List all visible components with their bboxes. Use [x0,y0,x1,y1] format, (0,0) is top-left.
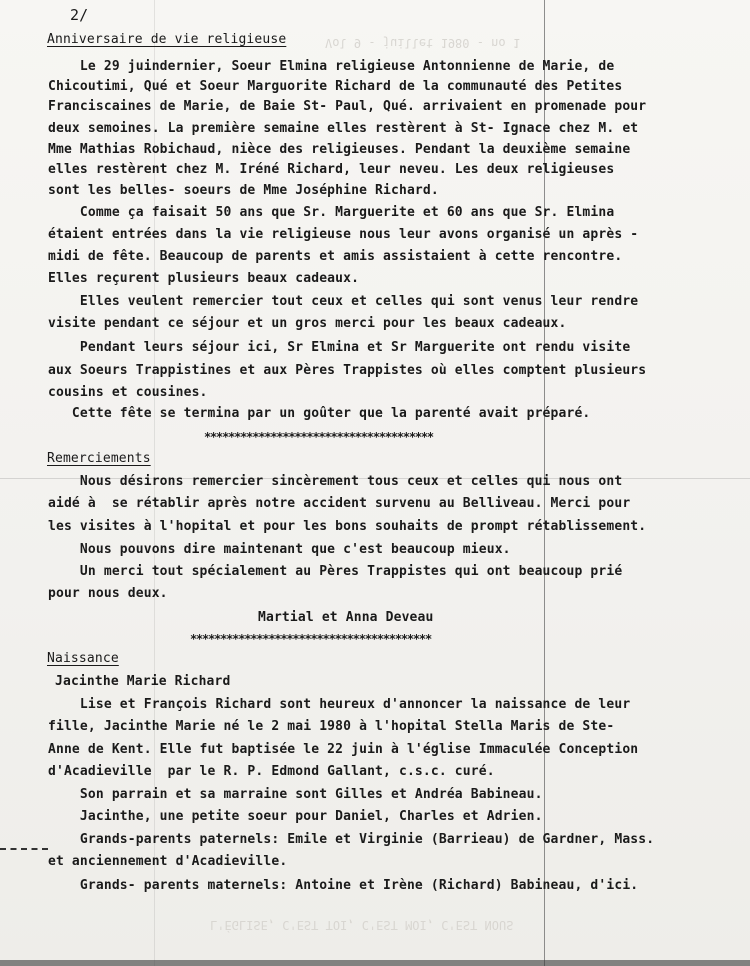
text-line: Elles reçurent plusieurs beaux cadeaux. [48,270,359,288]
section-heading-anniversaire: Anniversaire de vie religieuse [47,31,286,49]
separator-stars: ************************************** [204,428,433,446]
text-line: Nous pouvons dire maintenant que c'est b… [48,541,511,559]
signature: Martial et Anna Deveau [258,609,434,627]
text-line: et anciennement d'Acadieville. [48,853,287,871]
text-line: Un merci tout spécialement au Pères Trap… [48,563,622,581]
page-bottom-edge [0,960,750,966]
page-number: 2/ [70,6,88,24]
text-line: Jacinthe, une petite soeur pour Daniel, … [48,808,543,826]
separator-stars: **************************************** [190,630,431,648]
text-line: midi de fête. Beaucoup de parents et ami… [48,248,622,266]
text-line: elles restèrent chez M. Iréné Richard, l… [48,161,614,179]
text-line: deux semoines. La première semaine elles… [48,120,638,138]
text-line: Le 29 juindernier, Soeur Elmina religieu… [48,58,614,76]
text-line: Nous désirons remercier sincèrement tous… [48,473,622,491]
baby-name: Jacinthe Marie Richard [55,673,231,691]
text-line: visite pendant ce séjour et un gros merc… [48,315,566,333]
text-line: aidé à se rétablir après notre accident … [48,495,630,513]
text-line: Mme Mathias Robichaud, nièce des religie… [48,141,630,159]
text-line: pour nous deux. [48,585,168,603]
text-line: Grands-parents paternels: Emile et Virgi… [48,831,654,849]
text-line: Franciscaines de Marie, de Baie St- Paul… [48,98,646,116]
text-line: aux Soeurs Trappistines et aux Pères Tra… [48,362,646,380]
text-line: cousins et cousines. [48,384,208,402]
margin-dash-mark [0,848,48,850]
text-line: fille, Jacinthe Marie né le 2 mai 1980 à… [48,718,614,736]
text-line: étaient entrées dans la vie religieuse n… [48,226,638,244]
text-line: Pendant leurs séjour ici, Sr Elmina et S… [48,339,630,357]
text-line: Cette fête se termina par un goûter que … [48,405,590,423]
bleed-through-footer: L'ÉGLISE, C'EST TOI, C'EST MOI, C'EST NO… [210,918,513,932]
text-line: sont les belles- soeurs de Mme Joséphine… [48,182,439,200]
text-line: Chicoutimi, Qué et Soeur Marguorite Rich… [48,78,622,96]
section-heading-remerciements: Remerciements [47,450,151,468]
text-line: Anne de Kent. Elle fut baptisée le 22 ju… [48,741,638,759]
text-line: Grands- parents maternels: Antoine et Ir… [48,877,638,895]
section-heading-naissance: Naissance [47,650,119,668]
text-line: les visites à l'hopital et pour les bons… [48,518,646,536]
text-line: Elles veulent remercier tout ceux et cel… [48,293,638,311]
text-line: Son parrain et sa marraine sont Gilles e… [48,786,543,804]
scanned-page: Vol 9 - juillet 1980 - no 1 L'ÉGLISE, C'… [0,0,750,966]
bleed-through-header: Vol 9 - juillet 1980 - no 1 [325,36,520,50]
text-line: d'Acadieville par le R. P. Edmond Gallan… [48,763,495,781]
text-line: Lise et François Richard sont heureux d'… [48,696,630,714]
text-line: Comme ça faisait 50 ans que Sr. Margueri… [48,204,614,222]
